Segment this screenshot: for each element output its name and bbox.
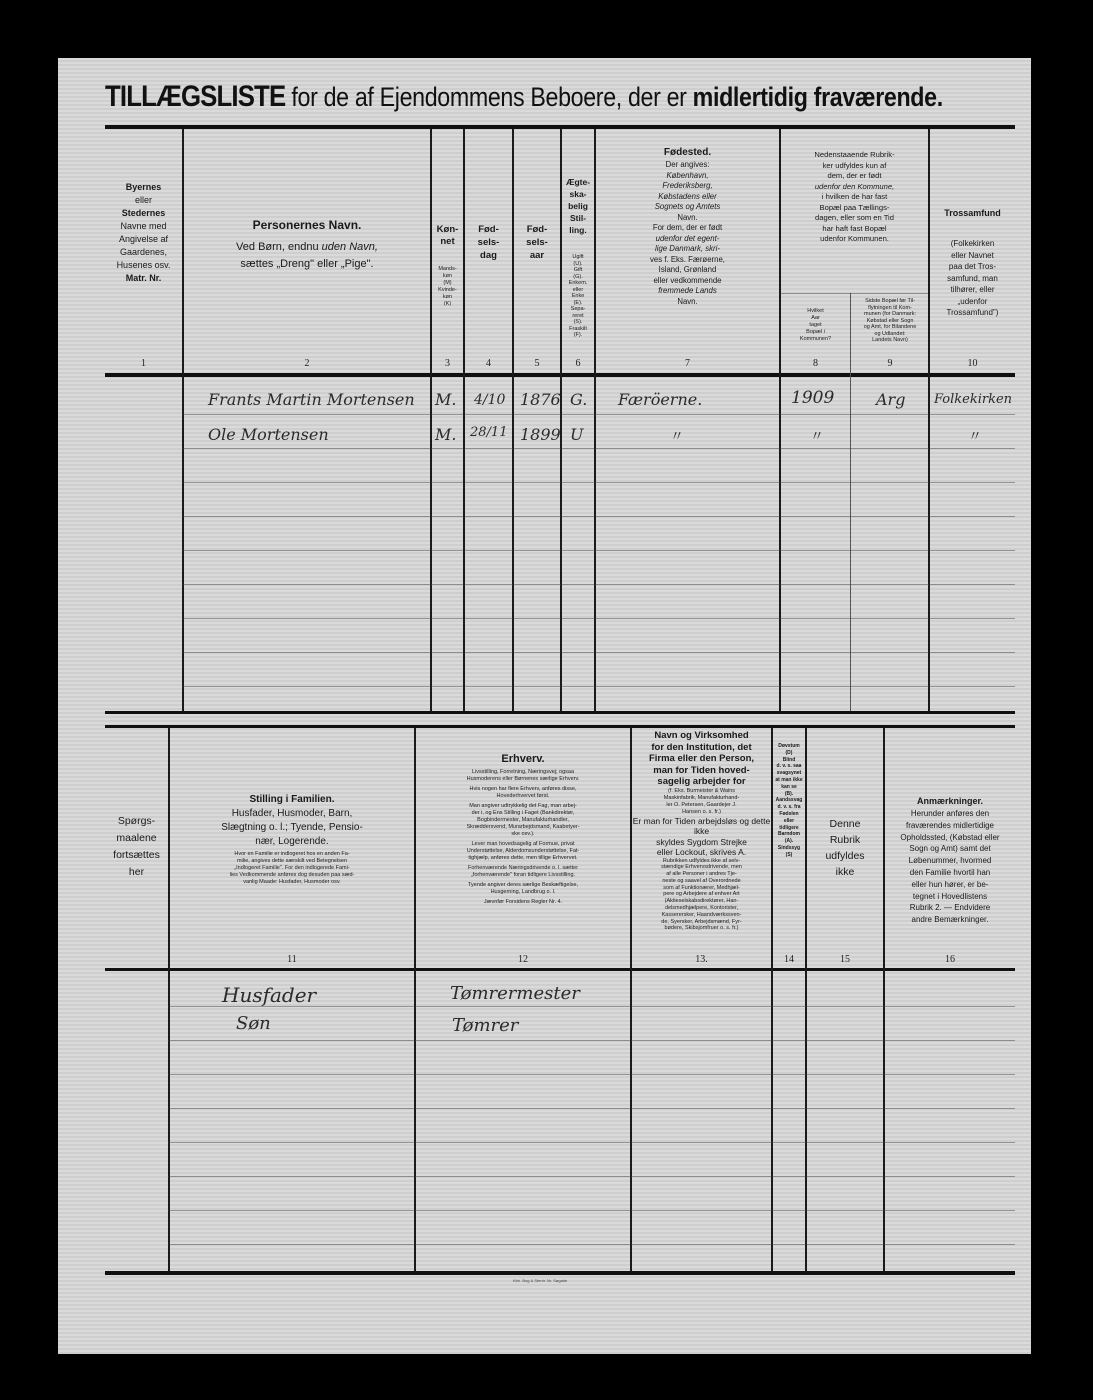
- header-col6: Ægte- ska- belig Stil- ling. Ugift (U). …: [562, 158, 594, 357]
- header-col7-body: Der angives: København, Frederiksberg, K…: [596, 160, 779, 307]
- marital-status: G.: [570, 390, 587, 409]
- group-heading-line: dem, der er født: [781, 171, 928, 182]
- occupation: Tømrer: [452, 1015, 518, 1036]
- row-rule: [168, 1210, 1015, 1211]
- header-col3-sub: Mands- køn (M) Kvinde- køn (K): [432, 266, 463, 308]
- header-col13-note: Rubrikken udfyldes ikke af selv- stændig…: [632, 858, 771, 933]
- header-col7-line: Der angives:: [596, 160, 779, 171]
- row-rule: [182, 618, 1015, 619]
- header-col7-line: Frederiksberg,: [596, 181, 779, 192]
- col-divider: [512, 129, 514, 711]
- header-col16-text: Herunder anføres den fraværendes midlert…: [885, 808, 1015, 926]
- header-col7-line: Navn.: [596, 213, 779, 224]
- header-col2-sub: Ved Børn, endnu uden Navn,: [184, 238, 430, 257]
- header-col12-para: Hvis nogen har flere Erhverv, anføres di…: [416, 786, 630, 800]
- title-middle: for de af Ejendommens Beboere, der er: [285, 82, 692, 112]
- header-col7-line: København,: [596, 171, 779, 182]
- row-rule: [182, 414, 1015, 415]
- header-col1-line: Byernes: [105, 181, 182, 194]
- header-col13-title: Navn og Virksomhed for den Institution, …: [632, 730, 771, 788]
- column-number: 15: [807, 954, 883, 965]
- group-heading-line: udenfor Kommunen.: [781, 234, 928, 245]
- header-col1-line: Husenes osv.: [105, 259, 182, 272]
- sex: M.: [435, 390, 456, 409]
- ditto-mark: 〃: [670, 426, 684, 446]
- header-col11: Stilling i Familien. Husfader, Husmoder,…: [170, 793, 414, 886]
- group-heading-line: Nedenstaaende Rubrik-: [781, 150, 928, 161]
- continuation-note: Spørgs- maalene fortsættes her: [105, 813, 168, 881]
- column-number: 4: [465, 358, 512, 369]
- header-col11-sub: Husfader, Husmoder, Barn, Slægtning o. l…: [170, 807, 414, 849]
- row-rule: [168, 1176, 1015, 1177]
- header-col2-sub1: Ved Børn, endnu: [236, 241, 322, 253]
- header-col1: Byernes eller Stedernes Navne med Angive…: [105, 181, 182, 285]
- row-rule: [182, 550, 1015, 551]
- group-heading-line: udenfor den Kommune,: [781, 182, 928, 193]
- header-col13-example: (f. Eks. Burmeister & Wains Maskinfabrik…: [632, 788, 771, 816]
- header-col7-title: Fødested.: [596, 146, 779, 160]
- group-heading-line: dagen, eller som en Tid: [781, 213, 928, 224]
- column-number: 8: [781, 358, 850, 369]
- header-col1-line: Matr. Nr.: [105, 272, 182, 285]
- column-number: 12: [416, 954, 630, 965]
- column-number: 11: [170, 954, 414, 965]
- col-divider: [805, 728, 807, 1271]
- sex: M.: [435, 425, 456, 444]
- row-rule: [168, 1074, 1015, 1075]
- column-number: 2: [184, 358, 430, 369]
- title-bold-start: TILLÆGSLISTE: [105, 80, 285, 113]
- column-number: 6: [562, 358, 594, 369]
- header-col7-line: Island, Grønland: [596, 265, 779, 276]
- column-number: 16: [885, 954, 1015, 965]
- header-col16-title: Anmærkninger.: [885, 794, 1015, 808]
- header-col4: Fød- sels- dag: [465, 223, 512, 262]
- header-col2-sub2: sættes „Dreng" eller „Pige".: [184, 257, 430, 272]
- ditto-mark: 〃: [968, 426, 982, 446]
- row-rule: [182, 686, 1015, 687]
- header-col3: Køn- net Mands- køn (M) Kvinde- køn (K): [432, 206, 463, 326]
- printer-imprint: Kbh. Bog & Stentr. Nr. Søgade: [513, 1278, 567, 1283]
- header-col11-title: Stilling i Familien.: [170, 793, 414, 807]
- form-title: TILLÆGSLISTE for de af Ejendommens Beboe…: [105, 80, 888, 114]
- col-divider: [463, 129, 465, 711]
- header-col2-sub1-italic: uden Navn,: [322, 241, 378, 253]
- column-number: 14: [773, 954, 805, 965]
- col-divider-thin: [850, 293, 851, 711]
- family-position: Husfader: [222, 983, 316, 1007]
- row-rule: [182, 448, 1015, 449]
- year-moved: 1909: [791, 388, 834, 408]
- header-col10-title: Trossamfund: [930, 206, 1015, 220]
- lower-header-bottom-rule: [105, 968, 1015, 971]
- last-residence: Arg: [876, 390, 905, 409]
- header-col7-line: Navn.: [596, 297, 779, 308]
- header-col12: Erhverv. Livsstilling, Forretning, Nærin…: [416, 751, 630, 906]
- birth-year: 1876: [520, 390, 561, 409]
- column-number: 9: [852, 358, 928, 369]
- subgroup-rule: [779, 293, 928, 294]
- row-rule: [168, 1108, 1015, 1109]
- column-number: 7: [596, 358, 779, 369]
- row-rule: [182, 652, 1015, 653]
- header-col1-line: Stedernes: [105, 207, 182, 220]
- header-col7: Fødested. Der angives: København, Freder…: [596, 146, 779, 307]
- title-bold-end: midlertidig fraværende.: [693, 82, 943, 112]
- col-divider: [182, 129, 184, 711]
- column-number: 10: [930, 358, 1015, 369]
- person-name: Frants Martin Mortensen: [208, 390, 415, 409]
- birth-day: 28/11: [470, 425, 507, 440]
- header-col7-line: ves f. Eks. Færøerne,: [596, 255, 779, 266]
- header-col12-para: Tyende angiver deres særlige Beskæftigel…: [416, 882, 630, 896]
- header-col14: Døvstum (D) Blind d. v. s. saa svagsynet…: [773, 743, 805, 859]
- header-col10: Trossamfund (Folkekirken eller Navnet pa…: [930, 188, 1015, 337]
- header-col12-title: Erhverv.: [416, 751, 630, 767]
- group-heading-line: ker udfyldes kun af: [781, 161, 928, 172]
- column-number: 1: [105, 358, 182, 369]
- marital-status: U: [570, 425, 583, 444]
- header-col7-line: lige Danmark, skri-: [596, 244, 779, 255]
- header-col1-line: Gaardenes,: [105, 246, 182, 259]
- column-number: 13.: [632, 954, 771, 965]
- census-form-page: TILLÆGSLISTE for de af Ejendommens Beboe…: [58, 58, 1031, 1354]
- header-col7-line: Købstadens eller: [596, 192, 779, 203]
- religion: Folkekirken: [934, 392, 1012, 407]
- header-col1-line: Angivelse af: [105, 233, 182, 246]
- birthplace: Færöerne.: [618, 390, 702, 409]
- family-position: Søn: [236, 1013, 271, 1034]
- upper-table-bottom-rule: [105, 711, 1015, 714]
- header-col12-para: Man angiver udtrykkelig det Fag, man arb…: [416, 803, 630, 838]
- ditto-mark: 〃: [810, 426, 824, 446]
- row-rule: [168, 1244, 1015, 1245]
- header-col9: Sidste Bopæl før Til- flytningen til Kom…: [852, 298, 928, 344]
- header-col7-line: Sognets og Amtets: [596, 202, 779, 213]
- header-col1-line: eller: [105, 194, 182, 207]
- header-col15: Denne Rubrik udfyldes ikke: [807, 816, 883, 880]
- header-col7-line: For dem, der er født: [596, 223, 779, 234]
- header-col11-note: Hvor en Familie er indlogeret hos en and…: [170, 851, 414, 886]
- header-col12-para: Jævnfør Forsidens Regler Nr. 4.: [416, 899, 630, 906]
- birth-year: 1899: [520, 425, 561, 444]
- row-rule: [168, 1040, 1015, 1041]
- row-rule: [182, 482, 1015, 483]
- header-col12-para: Forhenværende Næringsdrivende o. l. sætt…: [416, 865, 630, 879]
- header-col8-9-group: Nedenstaaende Rubrik- ker udfyldes kun a…: [781, 150, 928, 245]
- header-col3-title: Køn- net: [432, 224, 463, 248]
- lower-table-top-rule: [105, 725, 1015, 728]
- column-number: 3: [432, 358, 463, 369]
- header-col7-line: fremmede Lands: [596, 286, 779, 297]
- header-col6-sub: Ugift (U). Gift (G). Enkem. eller Enke (…: [562, 254, 594, 339]
- header-col1-line: Navne med: [105, 220, 182, 233]
- header-col12-para: Livsstilling, Forretning, Næringsvej; og…: [416, 769, 630, 783]
- row-rule: [168, 1142, 1015, 1143]
- header-col6-title: Ægte- ska- belig Stil- ling.: [562, 176, 594, 236]
- header-col7-line: udenfor det egent-: [596, 234, 779, 245]
- header-col5: Fød- sels- aar: [514, 223, 560, 262]
- header-col2-title: Personernes Navn.: [184, 218, 430, 232]
- header-col10-sub: (Folkekirken eller Navnet paa det Tros- …: [930, 238, 1015, 319]
- row-rule: [182, 584, 1015, 585]
- header-col16: Anmærkninger. Herunder anføres den fravæ…: [885, 794, 1015, 926]
- header-col7-line: eller vedkommende: [596, 276, 779, 287]
- birth-day: 4/10: [474, 392, 505, 408]
- group-heading-line: i hvilken de har fast: [781, 192, 928, 203]
- group-heading-line: Bopæl paa Tællings-: [781, 203, 928, 214]
- header-col13-unemployed: Er man for Tiden arbejdsløs og dette ikk…: [632, 816, 771, 858]
- occupation: Tømrermester: [450, 983, 580, 1004]
- header-col12-para: Lever man hovedsagelig af Formue, privat…: [416, 841, 630, 862]
- row-rule: [182, 516, 1015, 517]
- header-col13: Navn og Virksomhed for den Institution, …: [632, 730, 771, 932]
- group-heading-line: har haft fast Bopæl: [781, 224, 928, 235]
- person-name: Ole Mortensen: [208, 425, 329, 444]
- column-number: 5: [514, 358, 560, 369]
- header-col2: Personernes Navn. Ved Børn, endnu uden N…: [184, 218, 430, 272]
- header-col8: Hvilket Aar taget Bopæl i Kommunen?: [781, 308, 850, 343]
- lower-table-bottom-rule: [105, 1271, 1015, 1275]
